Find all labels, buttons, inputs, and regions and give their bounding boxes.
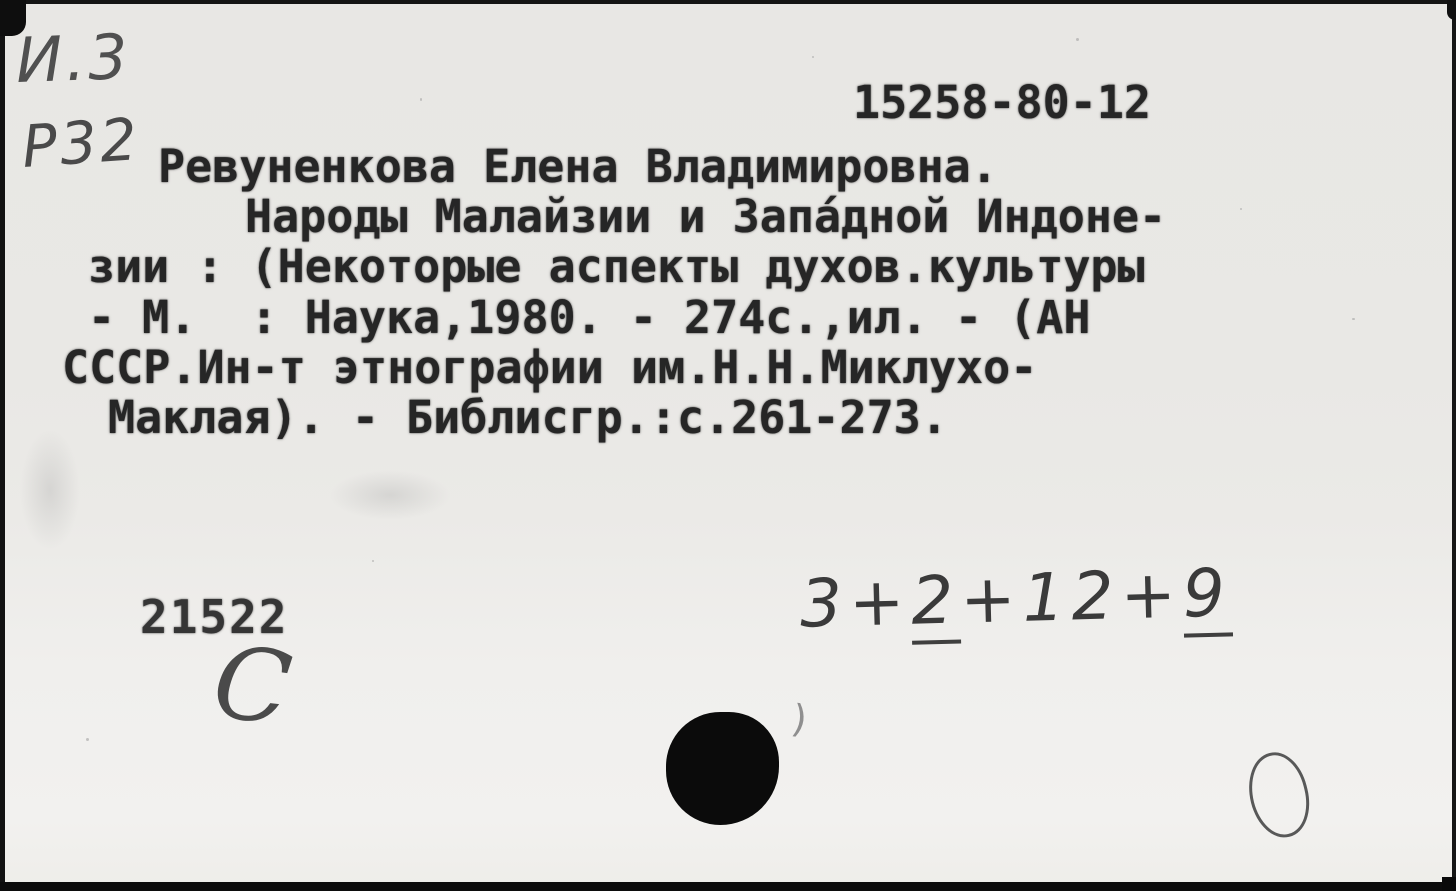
scan-edge-left	[0, 0, 5, 891]
scan-edge-right	[1452, 0, 1456, 891]
classification-mark-code: Р32	[20, 110, 142, 176]
handwritten-oval-mark	[1240, 746, 1317, 843]
entry-line-series: СССР.Ин-т этнографии им.Н.Н.Миклухо-	[62, 345, 1037, 390]
dust-speck	[372, 560, 374, 562]
index-number: 15258-80-12	[853, 80, 1151, 125]
scan-corner-top-right	[1447, 0, 1456, 20]
classification-mark-top: И.3	[15, 26, 132, 92]
paper-smudge	[330, 470, 450, 520]
punch-hole-dot	[666, 712, 779, 825]
annotation-underlined-digit: 2	[910, 561, 961, 644]
entry-line-title-2: зии : (Некоторые аспекты духов.культуры	[88, 244, 1145, 289]
scan-corner-bottom-right	[1442, 877, 1456, 891]
dust-speck	[1240, 208, 1242, 210]
handwritten-annotation: 3+2+12+9	[799, 560, 1232, 637]
entry-line-bibliography: Маклая). - Библисгр.:с.261-273.	[108, 395, 948, 440]
dust-speck	[420, 98, 422, 101]
annotation-segment: +12+	[959, 556, 1184, 639]
entry-line-title-1: Народы Малайзии и Запа́дной Индоне-	[245, 194, 1166, 239]
annotation-underlined-digit: 9	[1182, 554, 1233, 637]
scan-edge-bottom	[0, 882, 1456, 891]
dust-speck	[1352, 318, 1355, 320]
dust-speck	[812, 56, 814, 58]
handwritten-initial: С	[208, 632, 296, 741]
dust-speck	[86, 738, 89, 741]
catalog-card-scan: И.3 Р32 15258-80-12 Ревуненкова Елена Вл…	[0, 0, 1456, 891]
entry-line-author: Ревуненкова Елена Владимировна.	[158, 144, 998, 189]
annotation-segment: 3+	[799, 563, 912, 643]
scan-edge-top	[0, 0, 1456, 4]
dust-speck	[1076, 38, 1079, 41]
entry-line-imprint: - М. : Наука,1980. - 274с.,ил. - (АН	[88, 295, 1090, 340]
paper-smudge	[20, 430, 80, 550]
stray-paren-mark: )	[789, 699, 809, 739]
